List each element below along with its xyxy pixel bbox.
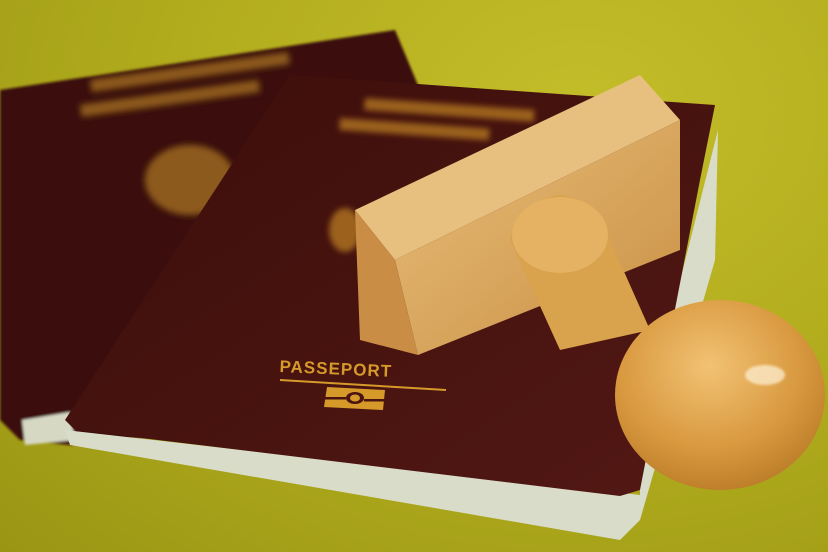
biometric-chip-icon	[324, 387, 386, 410]
photo-scene: PASSEPORT	[0, 0, 828, 552]
photo-illustration	[0, 0, 828, 552]
